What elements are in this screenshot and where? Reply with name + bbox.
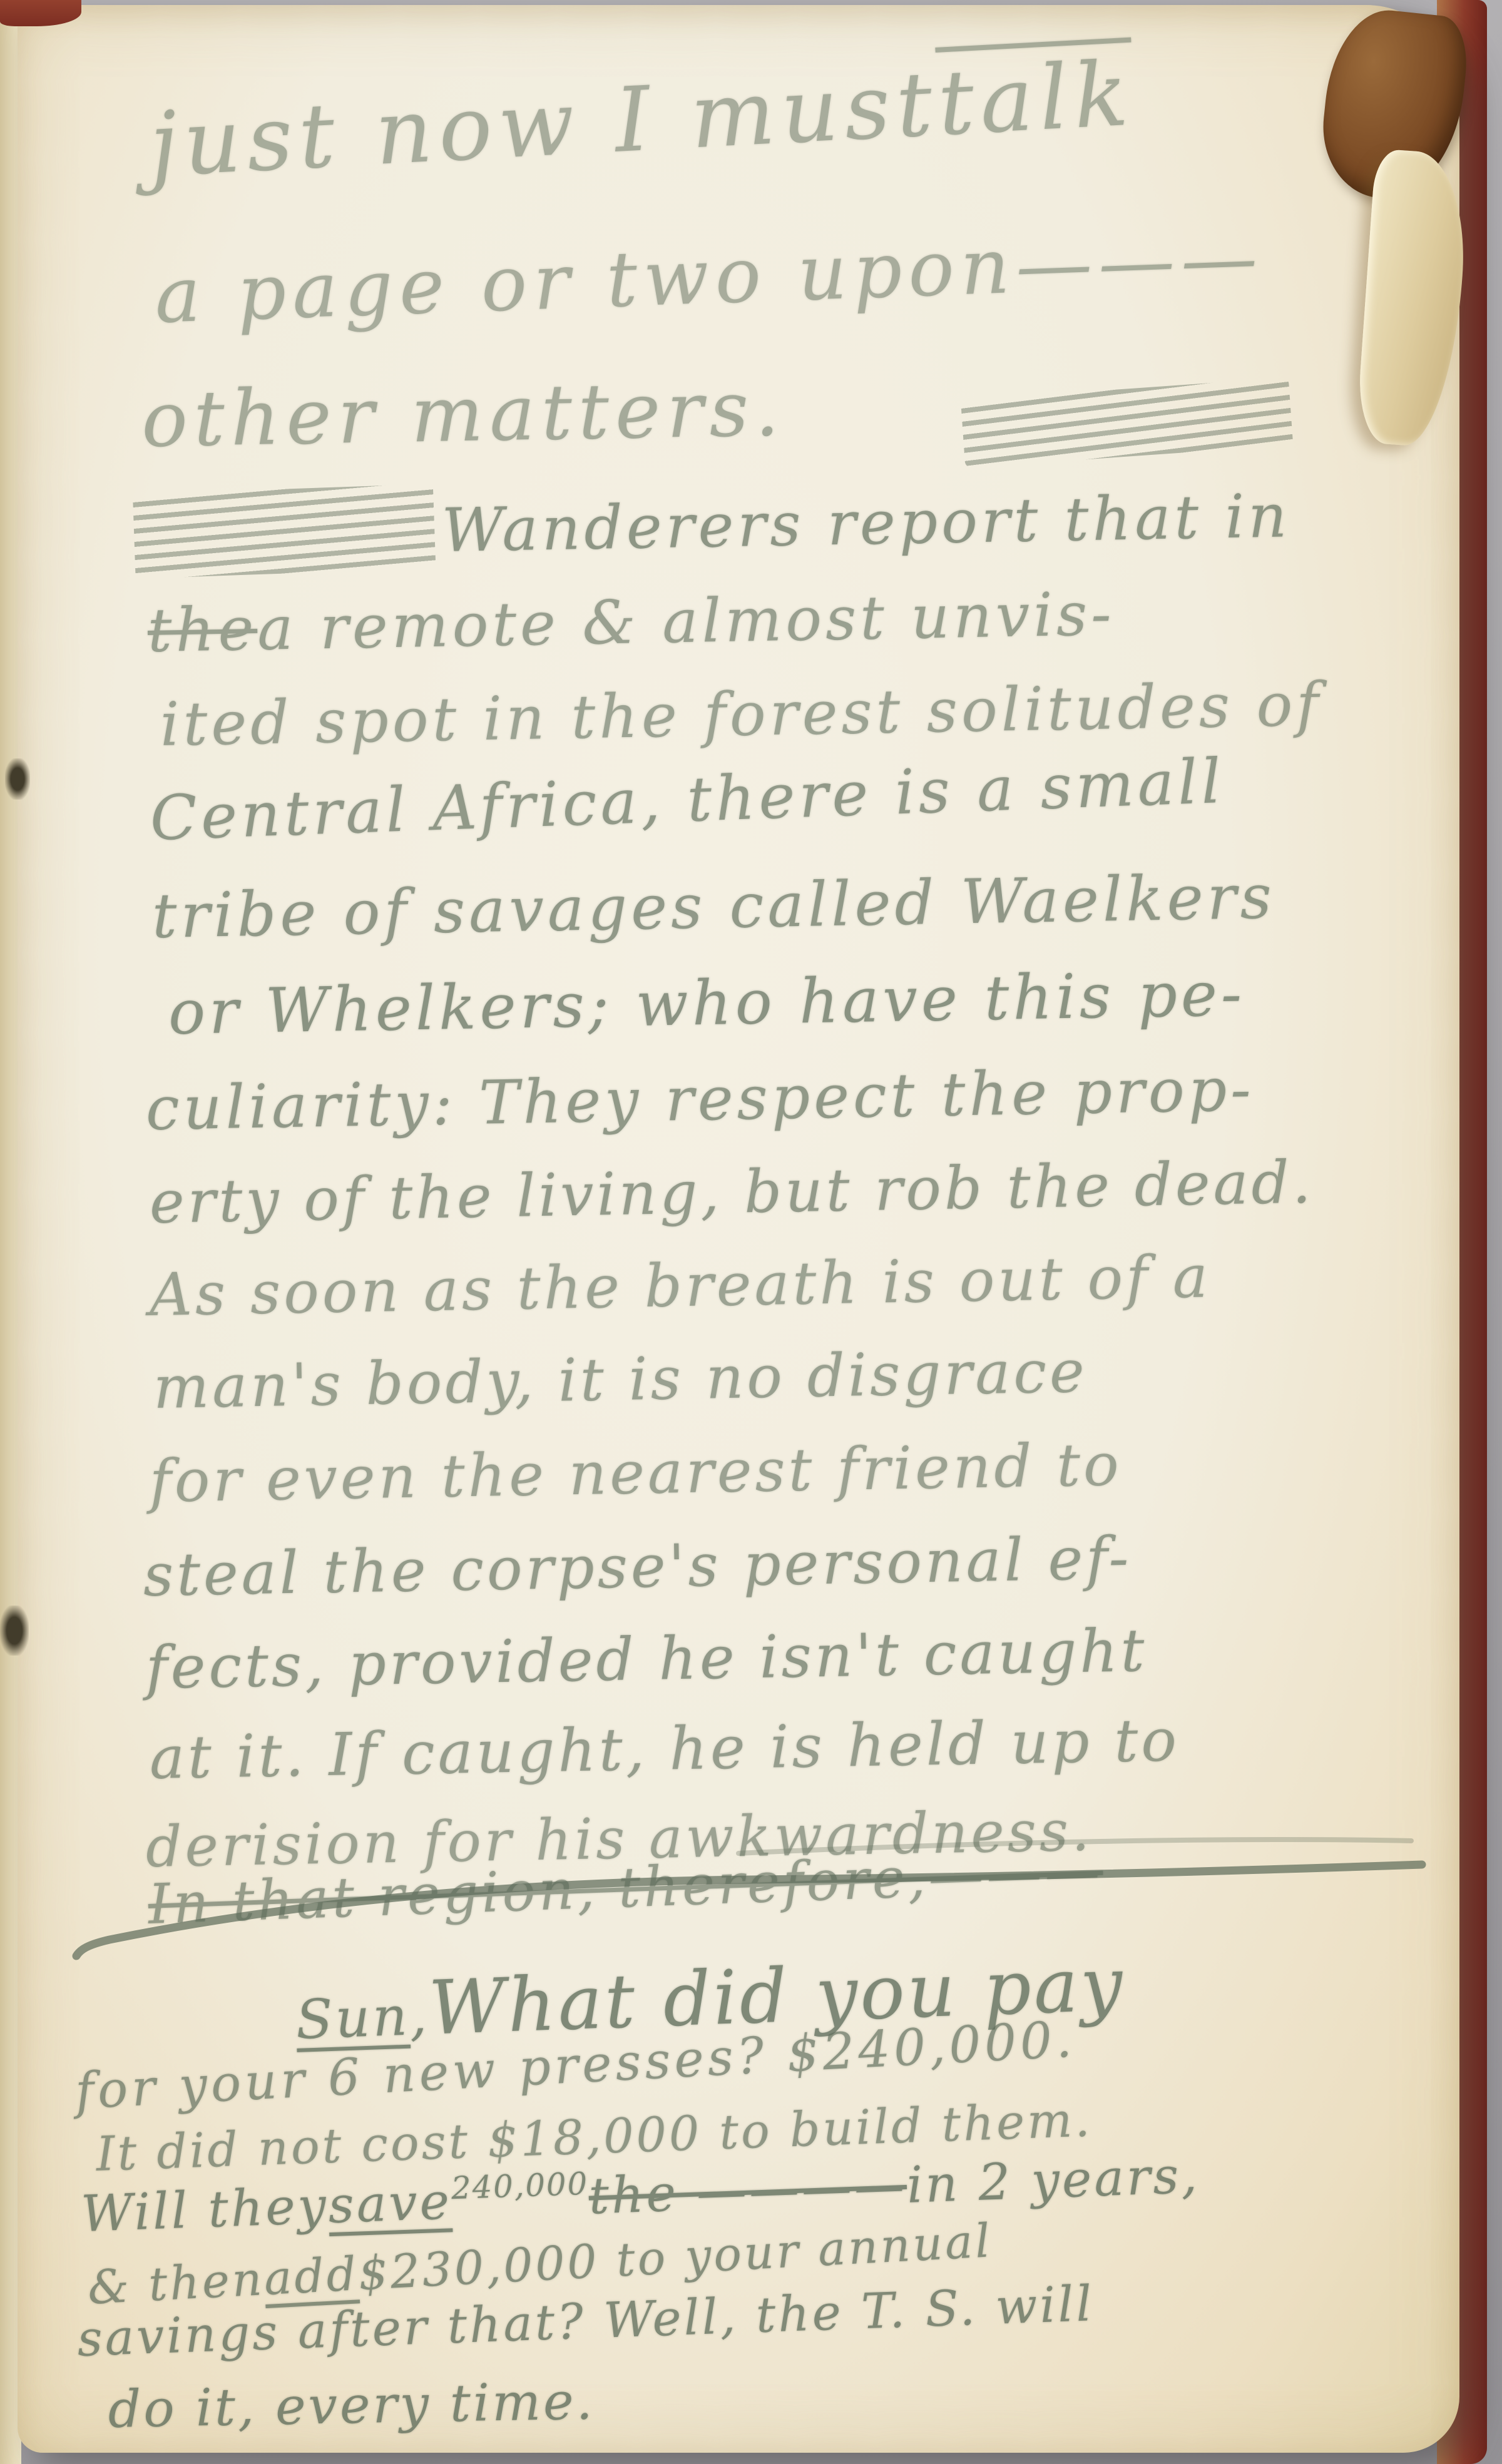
handwriting-segment: in 2 years, bbox=[906, 2146, 1200, 2214]
handwriting-segment: add bbox=[263, 2247, 360, 2306]
handwriting-segment: Wanderers report that in bbox=[441, 481, 1291, 566]
handwriting-segment: just now I must bbox=[147, 53, 941, 197]
line-17: at it. If caught, he is held up to bbox=[149, 1706, 1180, 1793]
handwriting-segment: or Whelkers; who have this pe- bbox=[168, 959, 1246, 1049]
handwriting-segment: , bbox=[409, 1985, 431, 2048]
line-09: or Whelkers; who have this pe- bbox=[168, 959, 1246, 1049]
handwriting-segment: As soon as the breath is out of a bbox=[149, 1243, 1212, 1330]
handwriting-segment: Sun bbox=[295, 1985, 411, 2052]
line-03: other matters. bbox=[141, 364, 786, 464]
handwriting-segment: man's body, it is no disgrace bbox=[153, 1338, 1088, 1422]
handwriting-segment: tribe of savages called Waelkers bbox=[151, 862, 1276, 952]
handwriting-segment: ——— bbox=[1014, 213, 1265, 310]
gutter-hole bbox=[5, 758, 30, 800]
line-13: man's body, it is no disgrace bbox=[153, 1338, 1088, 1422]
handwriting-segment: do it, every time. bbox=[108, 2371, 595, 2440]
handwriting-segment: a remote & almost unvis- bbox=[257, 579, 1115, 664]
scribble-strikeout bbox=[961, 377, 1293, 467]
line-14: for even the nearest friend to bbox=[149, 1431, 1123, 1516]
handwriting-segment: ——— bbox=[927, 1839, 1104, 1910]
line-08: tribe of savages called Waelkers bbox=[151, 862, 1276, 952]
gutter-hole bbox=[0, 1606, 29, 1656]
handwriting-segment: a page or two upon bbox=[153, 221, 1017, 340]
line-15: steal the corpse's personal ef- bbox=[143, 1524, 1132, 1610]
line-26: do it, every time. bbox=[108, 2371, 595, 2440]
handwriting-segment: save bbox=[327, 2172, 452, 2234]
handwriting-segment: for even the nearest friend to bbox=[149, 1431, 1123, 1516]
handwriting-segment: other matters. bbox=[141, 364, 786, 464]
line-11: erty of the living, but rob the dead. bbox=[149, 1149, 1314, 1237]
handwriting-segment: 240,000 bbox=[451, 2166, 589, 2207]
line-16: fects, provided he isn't caught bbox=[145, 1617, 1148, 1703]
handwriting-segment: the ———— bbox=[588, 2156, 907, 2226]
line-05: the a remote & almost unvis- bbox=[147, 579, 1116, 666]
handwriting-segment: Will they bbox=[80, 2176, 329, 2243]
handwriting-segment: the bbox=[147, 594, 258, 666]
handwriting-segment: culiarity: They respect the prop- bbox=[145, 1054, 1255, 1144]
line-07: Central Africa, there is a small bbox=[149, 746, 1225, 855]
line-12: As soon as the breath is out of a bbox=[149, 1243, 1212, 1330]
scanned-notebook-photo: { "document_type": "handwritten pencil n… bbox=[0, 0, 1502, 2464]
handwriting-segment: erty of the living, but rob the dead. bbox=[149, 1149, 1314, 1237]
handwriting-segment: ited spot in the forest solitudes of bbox=[160, 669, 1323, 760]
line-06: ited spot in the forest solitudes of bbox=[160, 669, 1323, 760]
handwriting-segment: fects, provided he isn't caught bbox=[145, 1617, 1148, 1703]
line-02: a page or two upon ——— bbox=[153, 213, 1265, 340]
scribble-strikeout bbox=[133, 484, 436, 579]
handwriting-layer: just now I must talka page or two upon —… bbox=[0, 0, 1502, 2464]
handwriting-segment: steal the corpse's personal ef- bbox=[143, 1524, 1132, 1610]
line-01: just now I must talk bbox=[147, 43, 1137, 197]
handwriting-segment: Central Africa, there is a small bbox=[149, 746, 1225, 855]
handwriting-segment: at it. If caught, he is held up to bbox=[149, 1706, 1180, 1793]
line-04: Wanderers report that in bbox=[441, 481, 1291, 566]
handwriting-segment: talk bbox=[936, 43, 1137, 156]
line-10: culiarity: They respect the prop- bbox=[145, 1054, 1255, 1144]
